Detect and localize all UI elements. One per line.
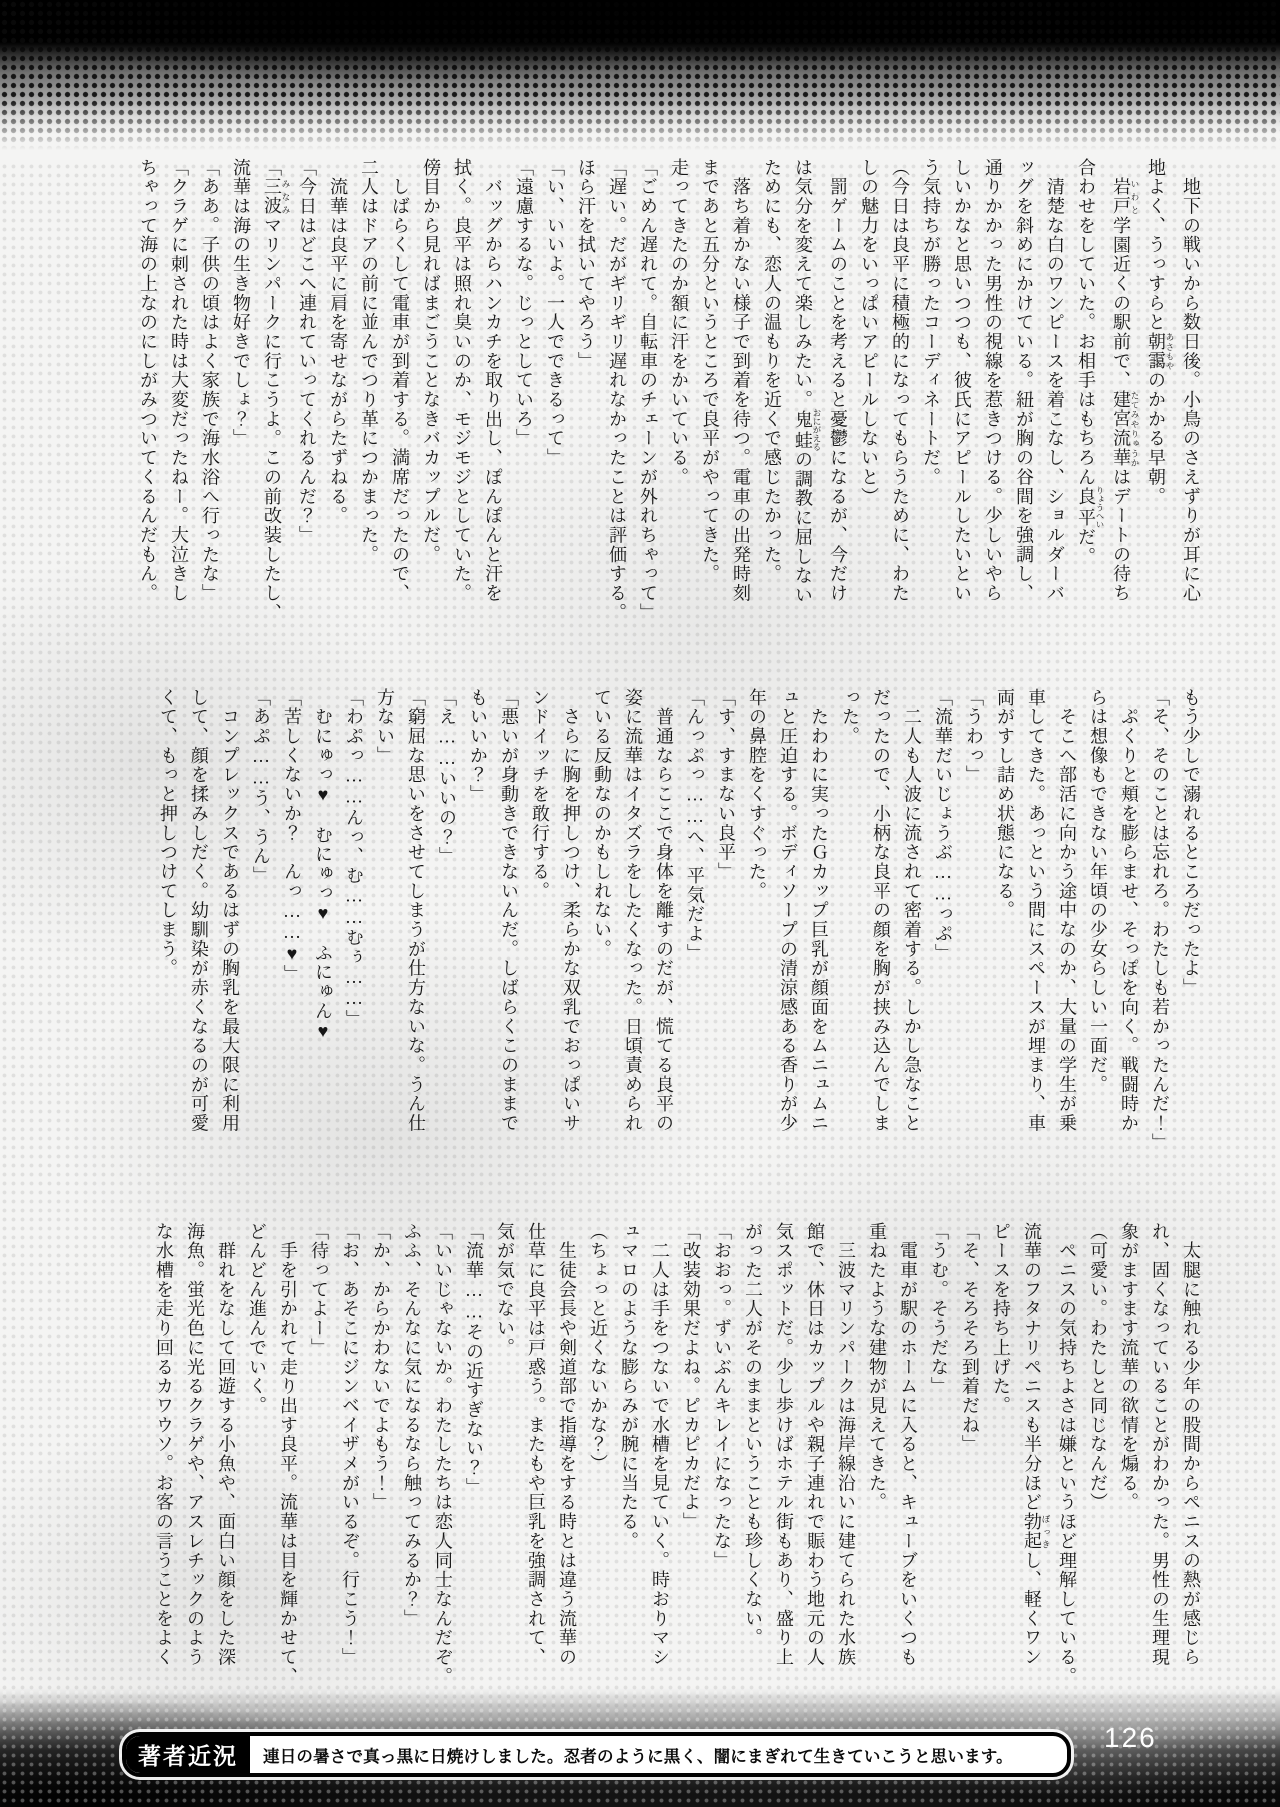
text-column: ためにも、恋人の温もりを近くで感じたかった。 bbox=[756, 158, 787, 658]
novel-text-band-1: 地下の戦いから数日後。小鳥のさえずりが耳に心地よく、うっすらと朝靄あさもやのかか… bbox=[152, 158, 1206, 658]
text-column: 「んっぷっ……へ、平気だよ」 bbox=[679, 688, 710, 1188]
text-column: 象がますます流華の欲情を煽る。 bbox=[1113, 1222, 1144, 1722]
author-status-label: 著者近況 bbox=[126, 1736, 250, 1773]
text-column: くて、もっと押しつけてしまう。 bbox=[152, 688, 183, 1188]
text-column: 「苦しくないか？ んっ……♥」 bbox=[276, 688, 307, 1188]
text-column: 重ねたような建物が見えてきた。 bbox=[861, 1222, 892, 1722]
text-column: 海魚。蛍光色に光るクラゲや、アスレチックのよう bbox=[179, 1222, 210, 1722]
text-column: 「そ、そのことは忘れろ。わたしも若かったんだ！」 bbox=[1144, 688, 1175, 1188]
text-column: 三波マリンパークは海岸線沿いに建てられた水族 bbox=[830, 1222, 861, 1722]
text-column: 「改装効果だよね。ピカピカだよ」 bbox=[675, 1222, 706, 1722]
text-column: しいかなと思いつつも、彼氏にアピールしたいとい bbox=[946, 158, 977, 658]
text-column: 流華のフタナリペニスも半分ほど勃起ぼっきし、軽くワン bbox=[1016, 1222, 1051, 1722]
text-column: 年の鼻腔をくすぐった。 bbox=[741, 688, 772, 1188]
text-column: コンプレックスであるはずの胸乳を最大限に利用 bbox=[214, 688, 245, 1188]
text-column: 手を引かれて走り出す良平。流華は目を輝かせて、 bbox=[272, 1222, 303, 1722]
text-column: しばらくして電車が到着する。満席だったので、 bbox=[384, 158, 415, 658]
text-column: 「ごめん遅れて。自転車のチェーンが外れちゃって」 bbox=[632, 158, 663, 658]
text-column: 両がすし詰め状態になる。 bbox=[989, 688, 1020, 1188]
text-column: （ちょっと近くないかな？） bbox=[582, 1222, 613, 1722]
text-column: 太腿に触れる少年の股間からペニスの熱が感じら bbox=[1175, 1222, 1206, 1722]
text-column: 合わせをしていた。お相手はもちろん良平りょうへいだ。 bbox=[1070, 158, 1105, 658]
top-halftone-texture bbox=[0, 0, 1280, 160]
text-column: ュマロのような膨らみが腕に当たる。 bbox=[613, 1222, 644, 1722]
text-column: 二人はドアの前に並んでつり革につかまった。 bbox=[353, 158, 384, 658]
text-column: 「遅い。だがギリギリ遅れなかったことは評価する。 bbox=[601, 158, 632, 658]
novel-text-band-3: 太腿に触れる少年の股間からペニスの熱が感じられ、固くなっていることがわかった。男… bbox=[152, 1222, 1206, 1722]
text-column: 「おおっ。ずいぶんキレイになったな」 bbox=[706, 1222, 737, 1722]
text-column: 生徒会長や剣道部で指導をする時とは違う流華の bbox=[551, 1222, 582, 1722]
text-column: ピースを持ち上げた。 bbox=[985, 1222, 1016, 1722]
text-column: ている反動なのかもしれない。 bbox=[586, 688, 617, 1188]
text-column: 「悪いが身動きできないんだ。しばらくこのままで bbox=[493, 688, 524, 1188]
text-column: 「わぷっ……んっ、む……むぅ……」 bbox=[338, 688, 369, 1188]
text-column: 気スポットだ。少し歩けばホテル街もあり、盛り上 bbox=[768, 1222, 799, 1722]
text-column: 「か、からかわないでよもう！」 bbox=[365, 1222, 396, 1722]
text-column: しの魅力をいっぱいアピールしないと） bbox=[853, 158, 884, 658]
text-column: 「三波みなみマリンパークに行こうよ。この前改装したし、 bbox=[256, 158, 291, 658]
text-column: 流華は海の生き物好きでしょ？」 bbox=[225, 158, 256, 658]
text-column: は気分を変えて楽しみたい。鬼蛙おにがえるの調教に屈しない bbox=[787, 158, 822, 658]
text-column: った。 bbox=[834, 688, 865, 1188]
text-column: 方ない」 bbox=[369, 688, 400, 1188]
text-column: 気が気でない。 bbox=[489, 1222, 520, 1722]
text-column: して、顔を揉みしだく。幼馴染が赤くなるのが可愛 bbox=[183, 688, 214, 1188]
text-column: がった二人がそのままということも珍しくない。 bbox=[737, 1222, 768, 1722]
text-column: 普通ならここで身体を離すのだが、慌てる良平の bbox=[648, 688, 679, 1188]
text-column: 流華は良平に肩を寄せながらたずねる。 bbox=[322, 158, 353, 658]
text-column: れ、固くなっていることがわかった。男性の生理現 bbox=[1144, 1222, 1175, 1722]
text-column: 地よく、うっすらと朝靄あさもやのかかる早朝。 bbox=[1140, 158, 1175, 658]
text-column: もいいか？」 bbox=[462, 688, 493, 1188]
novel-text-band-2: もう少しで溺れるところだったよ」「そ、そのことは忘れろ。わたしも若かったんだ！」… bbox=[152, 688, 1206, 1188]
text-column: 「今日はどこへ連れていってくれるんだ？」 bbox=[291, 158, 322, 658]
text-column: さらに胸を押しつけ、柔らかな双乳でおっぱいサ bbox=[555, 688, 586, 1188]
text-column: ふふ、そんなに気になるなら触ってみるか？」 bbox=[396, 1222, 427, 1722]
text-column: 傍目から見ればまごうことなきバカップルだ。 bbox=[415, 158, 446, 658]
text-column: 清楚な白のワンピースを着こなし、ショルダーバ bbox=[1039, 158, 1070, 658]
text-column: う気持ちが勝ったコーディネートだ。 bbox=[915, 158, 946, 658]
author-status-message: 連日の暑さで真っ黒に日焼けしました。忍者のように黒く、闇にまぎれて生きていこうと… bbox=[250, 1736, 1013, 1773]
text-column: ュと圧迫する。ボディソープの清涼感ある香りが少 bbox=[772, 688, 803, 1188]
text-column: 「いいじゃないか。わたしたちは恋人同士なんだぞ。 bbox=[427, 1222, 458, 1722]
text-column: 「クラゲに刺された時は大変だったねー。大泣きし bbox=[163, 158, 194, 658]
text-column: 拭く。良平は照れ臭いのか、モジモジとしていた。 bbox=[446, 158, 477, 658]
text-column: 落ち着かない様子で到着を待つ。電車の出発時刻 bbox=[725, 158, 756, 658]
text-column: 電車が駅のホームに入ると、キューブをいくつも bbox=[892, 1222, 923, 1722]
text-column: ッグを斜めにかけている。紐が胸の谷間を強調し、 bbox=[1008, 158, 1039, 658]
text-column: 仕草に良平は戸惑う。またもや巨乳を強調されて、 bbox=[520, 1222, 551, 1722]
text-column: 二人も人波に流されて密着する。しかし急なこと bbox=[896, 688, 927, 1188]
text-column: たわわに実ったＧカップ巨乳が顔面をムニュムニ bbox=[803, 688, 834, 1188]
text-column: まであと五分というところで良平がやってきた。 bbox=[694, 158, 725, 658]
text-column: な水槽を走り回るカワウソ。お客の言うことをよく bbox=[148, 1222, 179, 1722]
text-column: もう少しで溺れるところだったよ」 bbox=[1175, 688, 1206, 1188]
text-column: 「流華……その近すぎない？」 bbox=[458, 1222, 489, 1722]
text-column: 姿に流華はイタズラをしたくなった。日頃責められ bbox=[617, 688, 648, 1188]
text-column: 「す、すまない良平」 bbox=[710, 688, 741, 1188]
text-column: 「え……いいの？」 bbox=[431, 688, 462, 1188]
text-column: 群れをなして回遊する小魚や、面白い顔をした深 bbox=[210, 1222, 241, 1722]
text-column: 罰ゲームのことを考えると憂鬱になるが、今だけ bbox=[822, 158, 853, 658]
text-column: どんどん進んでいく。 bbox=[241, 1222, 272, 1722]
text-column: 館で、休日はカップルや親子連れで賑わう地元の人 bbox=[799, 1222, 830, 1722]
page-number: 126 bbox=[1104, 1722, 1157, 1754]
text-column: 通りかかった男性の視線を惹きつける。少しいやら bbox=[977, 158, 1008, 658]
author-status-bar: 著者近況 連日の暑さで真っ黒に日焼けしました。忍者のように黒く、闇にまぎれて生き… bbox=[122, 1732, 1071, 1777]
text-column: 「そ、そろそろ到着だね」 bbox=[954, 1222, 985, 1722]
text-column: 「遠慮するな。じっとしていろ」 bbox=[508, 158, 539, 658]
text-column: 「あぷ……う、うん」 bbox=[245, 688, 276, 1188]
text-column: 車してきた。あっという間にスペースが埋まり、車 bbox=[1020, 688, 1051, 1188]
text-column: 二人は手をつないで水槽を見ていく。時おりマシ bbox=[644, 1222, 675, 1722]
text-column: 走ってきたのか額に汗をかいている。 bbox=[663, 158, 694, 658]
text-column: ぷくりと頬を膨らませ、そっぽを向く。戦闘時か bbox=[1113, 688, 1144, 1188]
text-column: 「うむ。そうだな」 bbox=[923, 1222, 954, 1722]
text-column: だったので、小柄な良平の顔を胸が挟み込んでしま bbox=[865, 688, 896, 1188]
text-column: 地下の戦いから数日後。小鳥のさえずりが耳に心 bbox=[1175, 158, 1206, 658]
text-column: ちゃって海の上なのにしがみついてくるんだもん。 bbox=[132, 158, 163, 658]
text-column: むにゅっ♥ むにゅっ♥ ふにゅん♥ bbox=[307, 688, 338, 1188]
text-column: 「流華だいじょうぶ……っぷ」 bbox=[927, 688, 958, 1188]
text-column: （可愛い。わたしと同じなんだ） bbox=[1082, 1222, 1113, 1722]
text-column: 「待ってよー」 bbox=[303, 1222, 334, 1722]
text-column: らは想像もできない年頃の少女らしい一面だ。 bbox=[1082, 688, 1113, 1188]
novel-page: 地下の戦いから数日後。小鳥のさえずりが耳に心地よく、うっすらと朝靄あさもやのかか… bbox=[0, 0, 1280, 1807]
text-column: 岩戸いわと学園近くの駅前で、建宮流華たてみやりゅうかはデートの待ち bbox=[1105, 158, 1140, 658]
text-column: ペニスの気持ちよさは嫌というほど理解している。 bbox=[1051, 1222, 1082, 1722]
text-column: ほら汗を拭いてやろう」 bbox=[570, 158, 601, 658]
text-column: ンドイッチを敢行する。 bbox=[524, 688, 555, 1188]
text-column: （今日は良平に積極的になってもらうために、わた bbox=[884, 158, 915, 658]
text-column: 「うわっ」 bbox=[958, 688, 989, 1188]
text-column: 「お、あそこにジンベイザメがいるぞ。行こう！」 bbox=[334, 1222, 365, 1722]
text-column: バッグからハンカチを取り出し、ぽんぽんと汗を bbox=[477, 158, 508, 658]
text-column: 「ああ。子供の頃はよく家族で海水浴へ行ったな」 bbox=[194, 158, 225, 658]
text-column: 「い、いいよ。一人でできるって」 bbox=[539, 158, 570, 658]
text-column: そこへ部活に向かう途中なのか、大量の学生が乗 bbox=[1051, 688, 1082, 1188]
text-column: 「窮屈な思いをさせてしまうが仕方ないな。うん仕 bbox=[400, 688, 431, 1188]
